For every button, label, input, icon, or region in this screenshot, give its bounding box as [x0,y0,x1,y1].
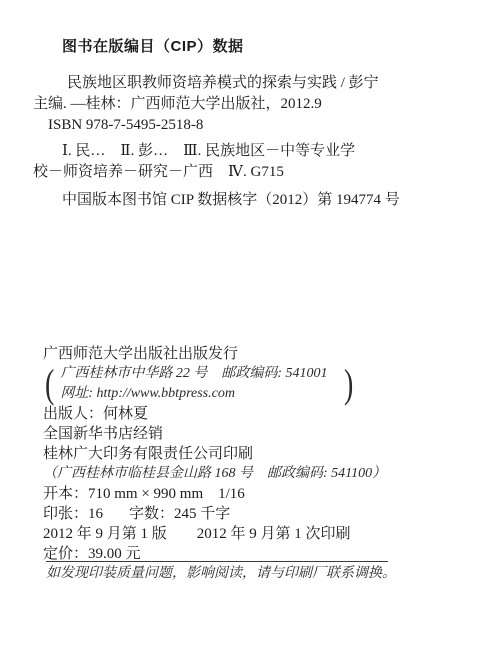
word-count-value: 字数：245 千字 [129,506,230,522]
publisher-address-content: 广西桂林市中华路 22 号 邮政编码: 541001 网址: http://ww… [60,364,338,404]
open-paren: ( [45,364,54,404]
quality-notice-block: 如发现印装质量问题，影响阅读，请与印刷厂联系调换。 [46,561,388,583]
cip-record-number-line: 中国版本图书馆 CIP 数据核字（2012）第 194774 号 [33,190,473,211]
publisher-website-line: 网址: http://www.bbtpress.com [60,384,338,404]
cip-editor-line: 主编. —桂林：广西师范大学出版社，2012.9 [33,94,473,115]
publisher-person-line: 出版人：何林夏 [43,404,473,424]
divider-line [46,561,388,562]
cip-data-block: 图书在版编目（CIP）数据 民族地区职教师资培养模式的探索与实践 / 彭宁 主编… [33,36,473,211]
cip-title-line: 民族地区职教师资培养模式的探索与实践 / 彭宁 [33,73,473,94]
sheets-wordcount-line: 印张：16字数：245 千字 [43,504,473,524]
cip-heading: 图书在版编目（CIP）数据 [33,36,473,57]
cip-classification-line-2: 校－师资培养－研究－广西 Ⅳ. G715 [33,162,473,183]
printer-line: 桂林广大印务有限责任公司印刷 [43,444,473,464]
edition-value: 2012 年 9 月第 1 版 [43,526,167,542]
cip-isbn-line: ISBN 978-7-5495-2518-8 [33,115,473,136]
publisher-address-group: ( 广西桂林市中华路 22 号 邮政编码: 541001 网址: http://… [43,364,473,404]
quality-notice-text: 如发现印装质量问题，影响阅读，请与印刷厂联系调换。 [46,565,388,583]
colophon-block: 广西师范大学出版社出版发行 ( 广西桂林市中华路 22 号 邮政编码: 5410… [43,344,473,564]
publisher-line: 广西师范大学出版社出版发行 [43,344,473,364]
cip-classification-line-1: Ⅰ. 民… Ⅱ. 彭… Ⅲ. 民族地区－中等专业学 [33,141,473,162]
publisher-address-line: 广西桂林市中华路 22 号 邮政编码: 541001 [60,364,338,384]
book-copyright-page: 图书在版编目（CIP）数据 民族地区职教师资培养模式的探索与实践 / 彭宁 主编… [0,0,500,653]
distribution-line: 全国新华书店经销 [43,424,473,444]
printer-address-line: （广西桂林市临桂县金山路 168 号 邮政编码: 541100） [43,464,473,484]
edition-impression-line: 2012 年 9 月第 1 版2012 年 9 月第 1 次印刷 [43,524,473,544]
format-line: 开本：710 mm × 990 mm 1/16 [43,484,473,504]
impression-value: 2012 年 9 月第 1 次印刷 [197,526,351,542]
sheets-value: 印张：16 [43,506,103,522]
close-paren: ) [344,364,353,404]
